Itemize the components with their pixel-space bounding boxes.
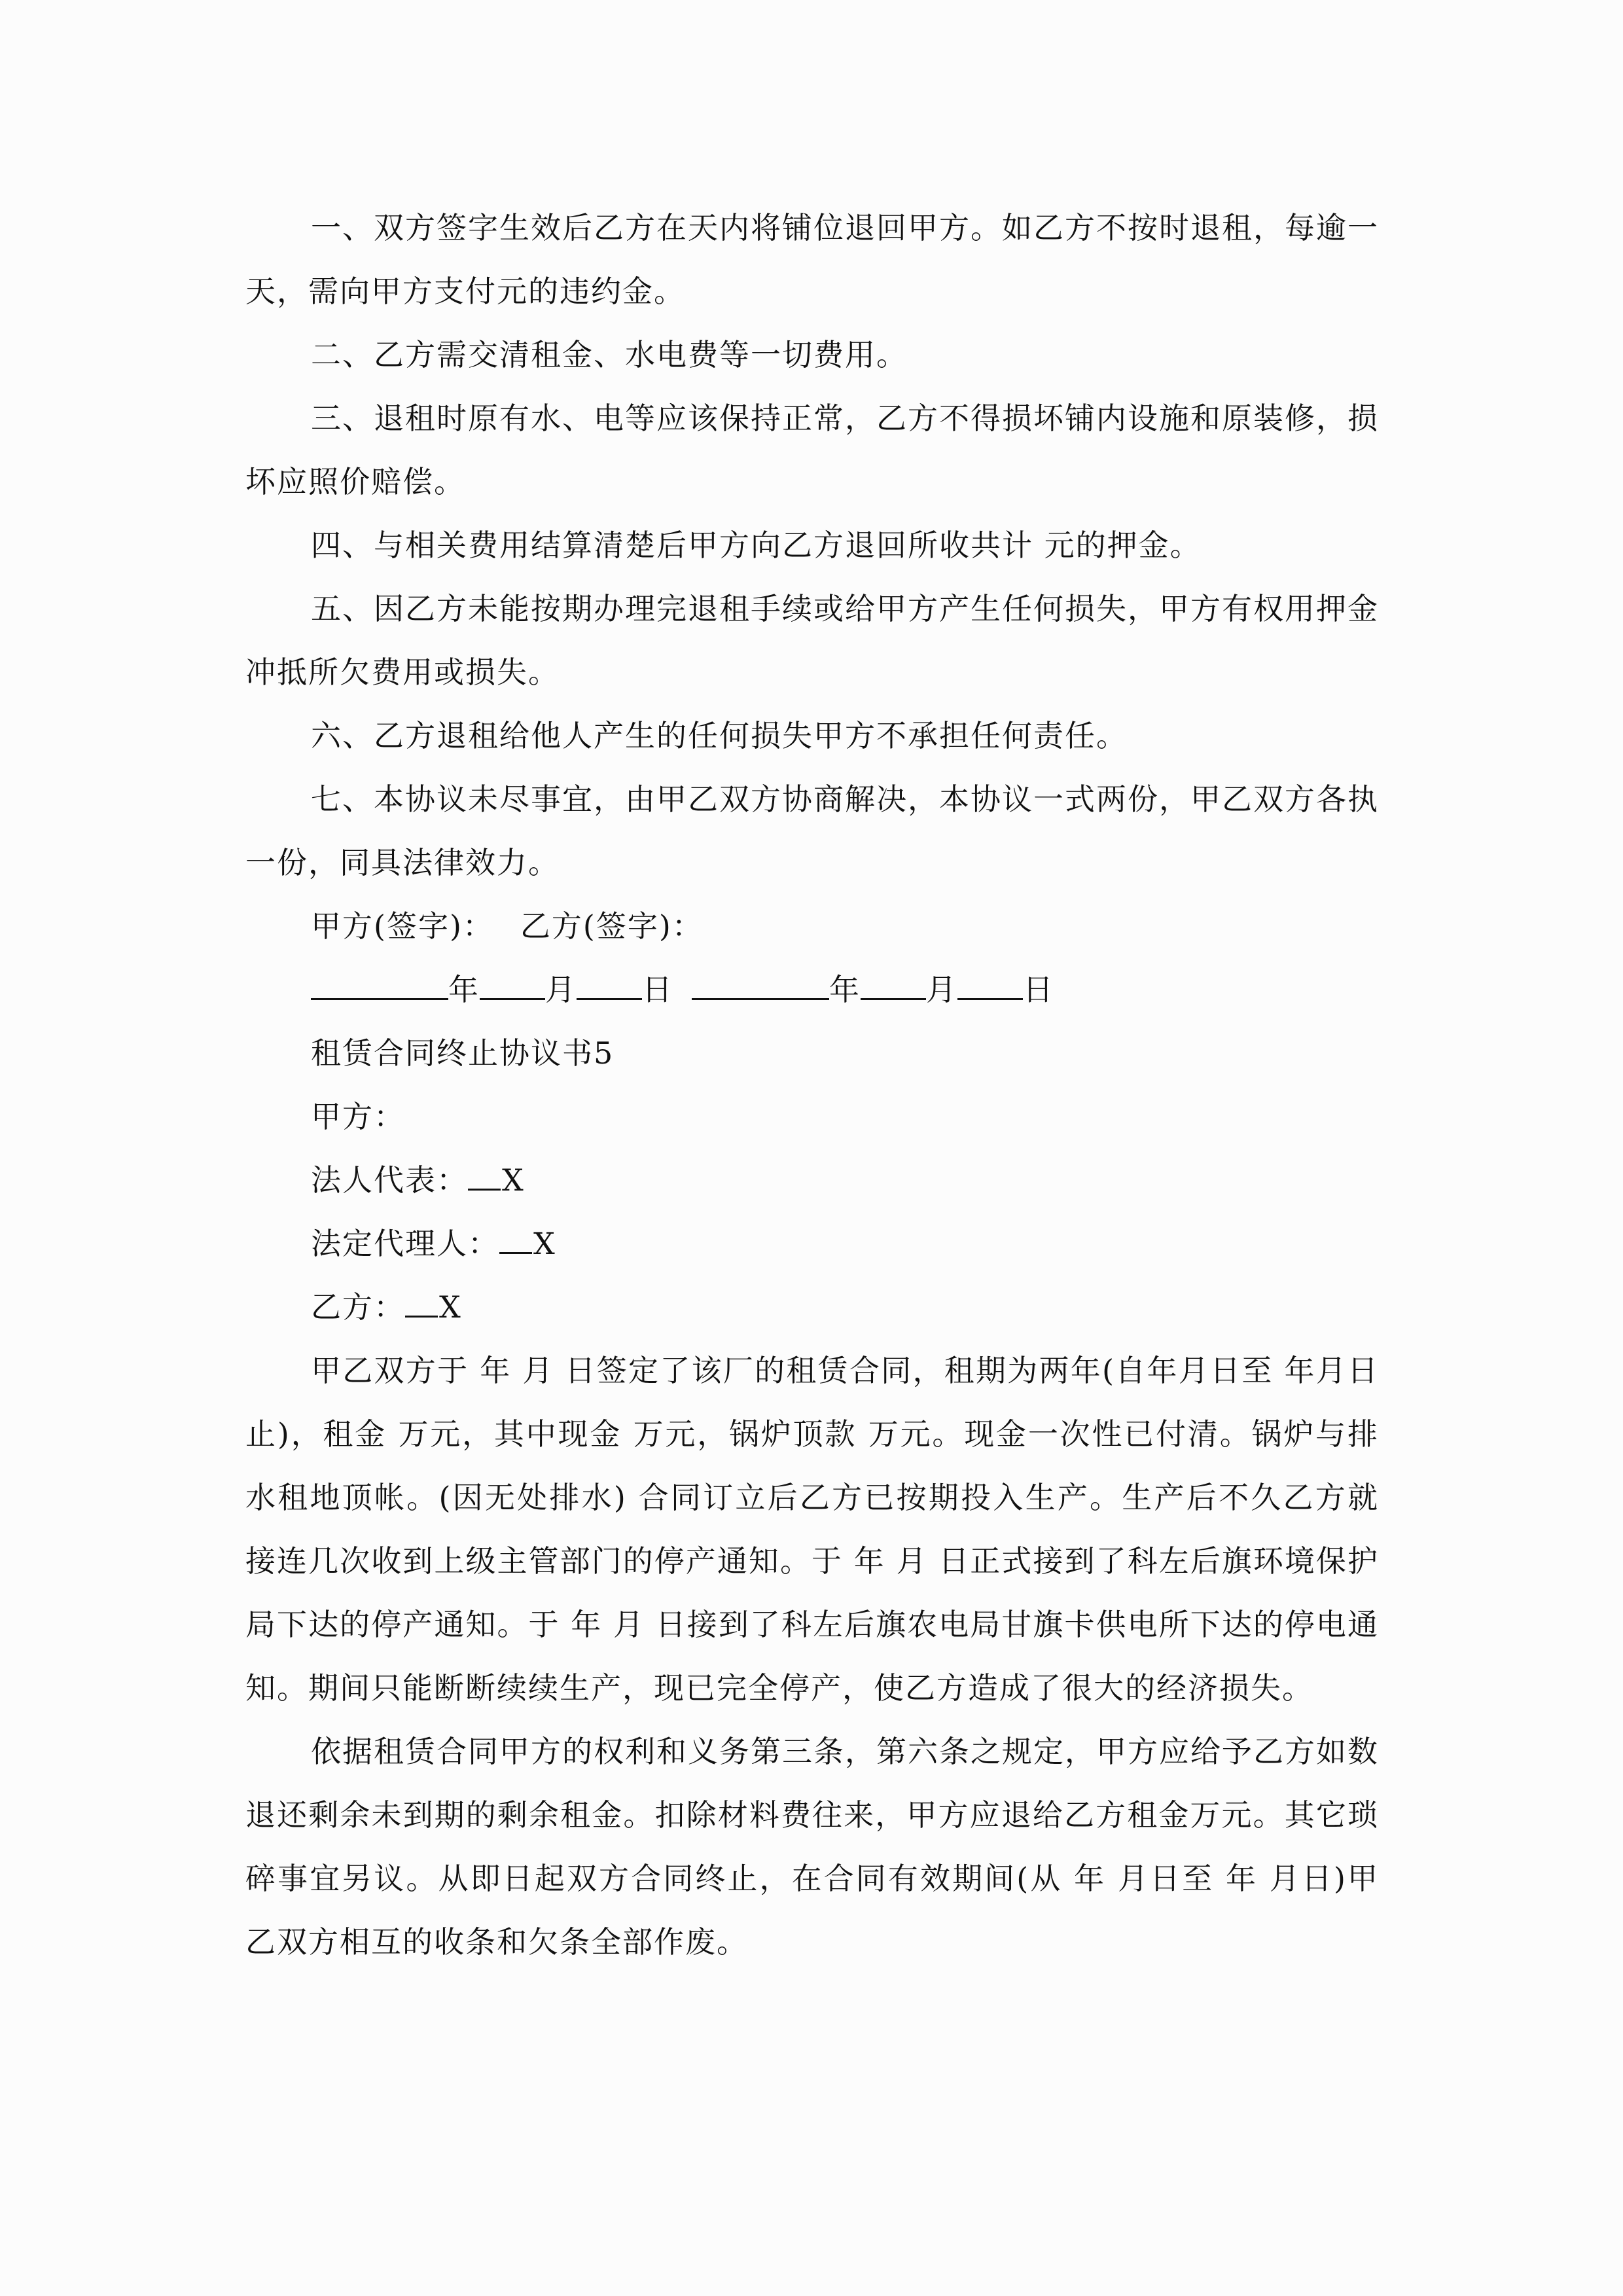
party-a-label: 甲方：: [311, 1099, 405, 1134]
month-unit: 月: [545, 972, 577, 1007]
party-b-blank: [405, 1289, 438, 1318]
agent-blank: [499, 1226, 532, 1254]
party-b-label: 乙方：: [311, 1289, 405, 1325]
legal-rep-value: X: [502, 1162, 525, 1198]
party-b-year-blank[interactable]: [692, 972, 829, 1000]
body-paragraph-2: 依据租赁合同甲方的权利和义务第三条，第六条之规定，甲方应给予乙方如数退还剩余未到…: [245, 1720, 1379, 1974]
day-unit: 日: [642, 972, 673, 1007]
signature-date-line: 年月日年月日: [245, 958, 1379, 1022]
body-paragraph-1: 甲乙双方于 年 月 日签定了该厂的租赁合同，租期为两年(自年月日至 年月日止)，…: [245, 1339, 1379, 1720]
year-unit: 年: [829, 972, 861, 1007]
party-b-month-blank[interactable]: [861, 972, 926, 1000]
party-a-line: 甲方：: [245, 1085, 1379, 1149]
clause-7: 七、本协议未尽事宜，由甲乙双方协商解决，本协议一式两份，甲乙双方各执一份，同具法…: [245, 768, 1379, 895]
month-unit: 月: [926, 972, 957, 1007]
party-b-day-blank[interactable]: [957, 972, 1023, 1000]
legal-rep-line: 法人代表：X: [245, 1149, 1379, 1212]
agent-value: X: [533, 1226, 556, 1261]
day-unit: 日: [1023, 972, 1054, 1007]
legal-rep-blank: [468, 1162, 501, 1191]
clause-2: 二、乙方需交清租金、水电费等一切费用。: [245, 323, 1379, 387]
clause-3: 三、退租时原有水、电等应该保持正常，乙方不得损坏铺内设施和原装修，损坏应照价赔偿…: [245, 387, 1379, 514]
agent-line: 法定代理人：X: [245, 1212, 1379, 1276]
agent-label: 法定代理人：: [311, 1226, 499, 1261]
party-b-line: 乙方：X: [245, 1276, 1379, 1339]
party-b-signature-label: 乙方(签字)：: [520, 908, 704, 944]
year-unit: 年: [448, 972, 480, 1007]
clause-4: 四、与相关费用结算清楚后甲方向乙方退回所收共计 元的押金。: [245, 514, 1379, 577]
party-b-value: X: [439, 1289, 462, 1325]
clause-6: 六、乙方退租给他人产生的任何损失甲方不承担任何责任。: [245, 704, 1379, 768]
clause-5: 五、因乙方未能按期办理完退租手续或给甲方产生任何损失，甲方有权用押金冲抵所欠费用…: [245, 577, 1379, 704]
party-a-year-blank[interactable]: [311, 972, 448, 1000]
document-page: 一、双方签字生效后乙方在天内将铺位退回甲方。如乙方不按时退租，每逾一天，需向甲方…: [245, 196, 1379, 1974]
section-title: 租赁合同终止协议书5: [245, 1022, 1379, 1085]
party-a-month-blank[interactable]: [480, 972, 545, 1000]
signature-line: 甲方(签字)：乙方(签字)：: [245, 895, 1379, 958]
clause-1: 一、双方签字生效后乙方在天内将铺位退回甲方。如乙方不按时退租，每逾一天，需向甲方…: [245, 196, 1379, 323]
party-a-signature-label: 甲方(签字)：: [311, 908, 494, 944]
legal-rep-label: 法人代表：: [311, 1162, 468, 1198]
party-a-day-blank[interactable]: [577, 972, 642, 1000]
